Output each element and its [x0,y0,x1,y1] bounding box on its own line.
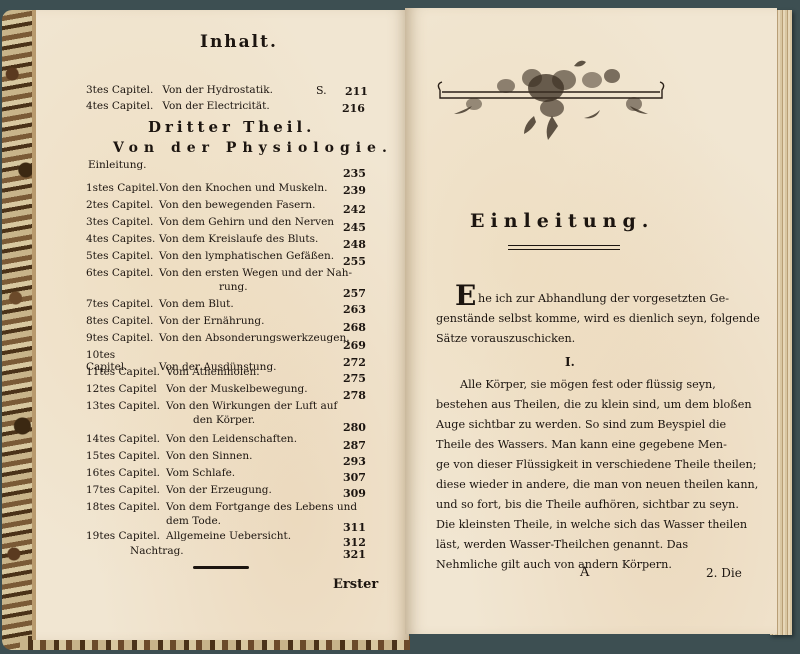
toc-page-number: 293 [343,455,366,468]
drop-cap: E [455,279,476,312]
toc-entry-title: Vom Schlafe. [166,467,235,479]
toc-entry-title: Von den ersten Wegen und der Nah- [159,267,352,279]
toc-page-number: 280 [343,421,366,434]
toc-page-number: 235 [343,167,366,180]
toc-entry: 19tes Capitel.Allgemeine Uebersicht. [86,530,291,542]
toc-entry: 6tes Capitel.Von den ersten Wegen und de… [86,267,352,279]
toc-page-number: 242 [343,203,366,216]
toc-entry: 9tes Capitel.Von den Absonderungswerkzeu… [86,332,350,344]
text-line: Sätze vorauszuschicken. [436,332,575,345]
toc-entry-title: Vom Athemholen. [166,366,260,378]
toc-entry-title: Allgemeine Uebersicht. [166,530,291,542]
toc-page-number: 321 [343,548,366,561]
toc-page-number: 269 [343,339,366,352]
toc-chapter: 17tes Capitel. [86,484,166,496]
toc-page-number: 257 [343,287,366,300]
double-rule [508,245,620,250]
toc-entry-title: Von der Erzeugung. [166,484,272,496]
toc-entry-title: Von der Electricität. [162,100,269,112]
toc-page-prefix: S. [316,84,327,97]
toc-entry-title: Von der Hydrostatik. [162,84,273,96]
text-line: diese wieder in andere, die man von neue… [436,478,758,491]
toc-page-number: 272 [343,356,366,369]
text-line: läst, werden Wasser-Theilchen genannt. D… [436,538,688,551]
toc-entry-title: Von den Knochen und Muskeln. [159,182,327,194]
toc-entry: 14tes Capitel.Von den Leidenschaften. [86,433,297,445]
text-line: he ich zur Abhandlung der vorgesetzten G… [478,292,729,305]
toc-chapter: 18tes Capitel. [86,501,166,513]
text-line: Nehmliche gilt auch von andern Körpern. [436,558,672,571]
toc-page-number: 275 [343,372,366,385]
text-line: ge von dieser Flüssigkeit in verschieden… [436,458,756,471]
toc-chapter: 8tes Capitel. [86,315,159,327]
toc-page-number: 239 [343,184,366,197]
text-line: genstände selbst komme, wird es dienlich… [436,312,760,325]
toc-chapter: 4tes Capites. [86,233,159,245]
toc-entry-title: Von der Ernährung. [159,315,264,327]
toc-chapter: 6tes Capitel. [86,267,159,279]
toc-entry: 4tes Capites.Von dem Kreislaufe des Blut… [86,233,318,245]
book-cover-left [2,10,36,650]
toc-entry: 1stes Capitel.Von den Knochen und Muskel… [86,182,327,194]
toc-entry-title: Von dem Kreislaufe des Bluts. [159,233,318,245]
toc-entry: 7tes Capitel.Von dem Blut. [86,298,234,310]
text-line: bestehen aus Theilen, die zu klein sind,… [436,398,752,411]
toc-page-number: 211 [345,85,368,98]
toc-entry-continuation: dem Tode. [166,515,221,527]
catchword: 2. Die [706,566,742,580]
toc-chapter: 5tes Capitel. [86,250,159,262]
toc-entry-continuation: rung. [219,281,248,293]
toc-chapter: 11tes Capitel. [86,366,166,378]
toc-chapter: 4tes Capitel. [86,100,159,112]
toc-entry-title: Von den Sinnen. [166,450,252,462]
toc-entry: 17tes Capitel.Von der Erzeugung. [86,484,272,496]
toc-chapter: 9tes Capitel. [86,332,159,344]
toc-chapter: 13tes Capitel. [86,400,166,412]
floral-ornament-icon [434,56,668,148]
toc-chapter: 7tes Capitel. [86,298,159,310]
toc-entry: 5tes Capitel.Von den lymphatischen Gefäß… [86,250,334,262]
text-line: und so fort, bis die Theile aufhören, si… [436,498,739,511]
toc-chapter: 15tes Capitel. [86,450,166,462]
toc-page-number: 309 [343,487,366,500]
toc-chapter: 14tes Capitel. [86,433,166,445]
toc-entry-title: Von den lymphatischen Gefäßen. [159,250,334,262]
chapter-title: Einleitung. [470,210,654,232]
toc-chapter: 16tes Capitel. [86,467,166,479]
signature-mark: A [580,565,589,580]
text-line: Die kleinsten Theile, in welche sich das… [436,518,747,531]
toc-entry-title: Von dem Fortgange des Lebens und [166,501,357,513]
toc-page-number: 216 [342,102,365,115]
toc-entry: 4tes Capitel. Von der Electricität. [86,100,270,112]
toc-chapter: 1stes Capitel. [86,182,159,194]
toc-chapter: 3tes Capitel. [86,216,159,228]
toc-entry-title: Von dem Gehirn und den Nerven [159,216,334,228]
text-line: Alle Körper, sie mögen fest oder flüssig… [460,378,716,391]
toc-entry: 16tes Capitel.Vom Schlafe. [86,467,235,479]
part-heading: Dritter Theil. [148,118,315,136]
toc-entry-title: Von den bewegenden Fasern. [159,199,316,211]
decorative-rule [193,566,249,569]
toc-appendix: Nachtrag. [130,545,184,557]
toc-intro: Einleitung. [88,159,147,171]
toc-entry: 3tes Capitel. Von der Hydrostatik. [86,84,273,96]
toc-entry-title: Von den Leidenschaften. [166,433,297,445]
toc-entry-title: Von dem Blut. [159,298,234,310]
toc-entry: 11tes Capitel.Vom Athemholen. [86,366,260,378]
text-line: Auge sichtbar zu werden. So sind zum Bey… [436,418,726,431]
toc-entry-title: Von den Wirkungen der Luft auf [166,400,337,412]
toc-page-number: 287 [343,439,366,452]
catchword: Erster [333,577,378,592]
toc-chapter: 2tes Capitel. [86,199,159,211]
toc-entry: 12tes CapitelVon der Muskelbewegung. [86,383,308,395]
toc-entry: 3tes Capitel.Von dem Gehirn und den Nerv… [86,216,334,228]
section-number: I. [565,355,575,369]
toc-entry-continuation: den Körper. [193,414,255,426]
toc-entry: 15tes Capitel.Von den Sinnen. [86,450,252,462]
toc-entry: 2tes Capitel.Von den bewegenden Fasern. [86,199,316,211]
toc-entry: 8tes Capitel.Von der Ernährung. [86,315,264,327]
toc-page-number: 278 [343,389,366,402]
toc-page-number: 311 [343,521,366,534]
toc-chapter: 19tes Capitel. [86,530,166,542]
toc-entry-title: Von der Muskelbewegung. [166,383,308,395]
toc-page-number: 248 [343,238,366,251]
toc-chapter: 3tes Capitel. [86,84,159,96]
toc-page-number: 307 [343,471,366,484]
toc-entry: 18tes Capitel.Von dem Fortgange des Lebe… [86,501,357,513]
toc-title: Inhalt. [200,32,278,52]
part-subheading: Von der Physiologie. [113,140,393,156]
toc-entry-title: Von den Absonderungswerkzeugen. [159,332,350,344]
text-line: Theile des Wassers. Man kann eine gegebe… [436,438,727,451]
toc-chapter: 12tes Capitel [86,383,166,395]
toc-entry: 13tes Capitel.Von den Wirkungen der Luft… [86,400,337,412]
toc-page-number: 263 [343,303,366,316]
toc-intro-title: Einleitung. [88,159,147,171]
toc-page-number: 245 [343,221,366,234]
